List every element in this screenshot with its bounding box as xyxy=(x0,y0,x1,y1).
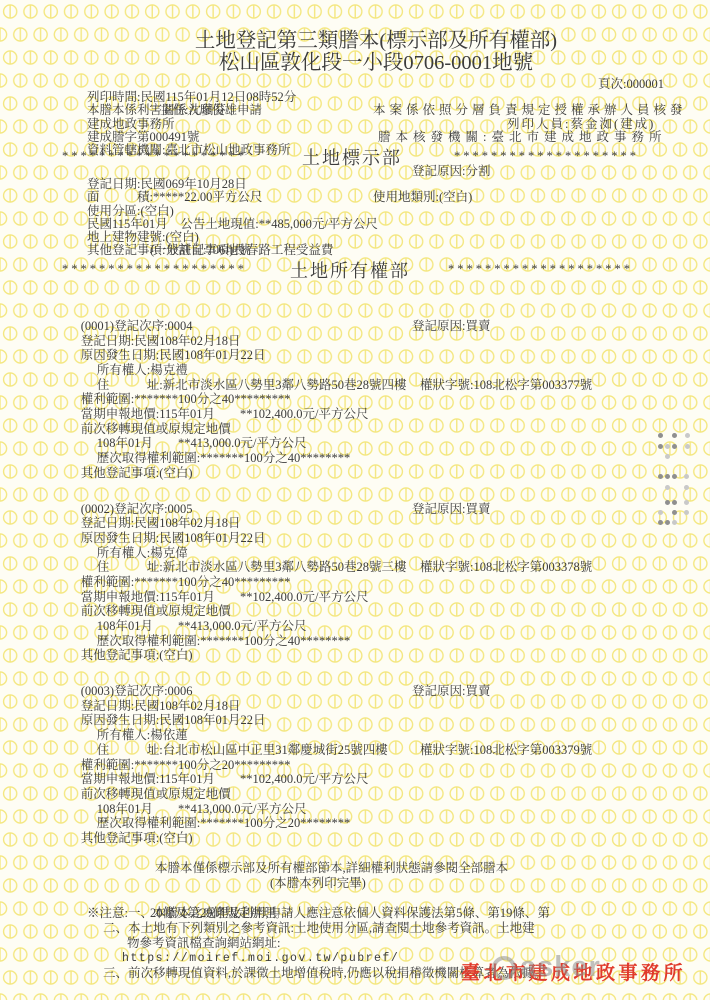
office-director: 主任:沈瑞芬 xyxy=(160,104,226,117)
land-general-note-line: (一般註記事項)長春路工程受益費 xyxy=(62,244,690,257)
stars-left: ******************** xyxy=(62,262,247,277)
owner-declared-value-line: 當期申報地價:115年01月 **102,400.0元/平方公尺 xyxy=(62,575,690,590)
owner-address-line: 住 址:台北市松山區中正里31鄰慶城街25號四樓 xyxy=(62,728,690,743)
owner-name-line: 所有權人:楊依蓮 xyxy=(62,713,690,728)
land-reg-date-line: 登記日期:民國069年10月28日 登記原因:分割 xyxy=(62,165,690,178)
document-subtitle: 松山區敦化段一小段0706-0001地號 xyxy=(62,52,690,74)
owner-reg-reason: 登記原因:買賣 xyxy=(412,319,490,334)
notice-1b: 20條及第29條規定辦理。 xyxy=(150,906,288,921)
office-line: 建成地政事務所 主任:沈瑞芬 本案係依照分層負責規定授權承辦人員核發 xyxy=(62,104,690,117)
owner-cause-date-line: 原因發生日期:民國108年01月22日 xyxy=(62,334,690,349)
owner-prev-label-line: 前次移轉現值或原規定地價 xyxy=(62,772,690,787)
owner-prev-label-line: 前次移轉現值或原規定地價 xyxy=(62,590,690,605)
owner-entry: (0001)登記次序:0004 登記日期:民國108年02月18日 登記原因:買… xyxy=(62,304,690,487)
owner-prev-label-line: 前次移轉現值或原規定地價 xyxy=(62,407,690,422)
reference-url: https://moiref.moi.gov.tw/pubref/ xyxy=(122,951,399,966)
printer-name: 列印人員:蔡金洳(建成) xyxy=(507,118,655,131)
stars-right: ******************** xyxy=(454,149,639,164)
print-end-line: (本謄本列印完畢) xyxy=(62,876,690,891)
notice-2b-line: 物參考資訊檔查詢網站網址: xyxy=(62,936,690,951)
owner-history-scope-line: 歷次取得權利範圍:*******100分之20******** xyxy=(62,802,690,817)
owner-reg-reason: 登記原因:買賣 xyxy=(412,684,490,699)
land-class: 使用地類別:(空白) xyxy=(373,191,472,204)
owner-prev-value-line: 108年01月 **413,000.0元/平方公尺 xyxy=(62,787,690,802)
notice-2a: 二、本土地有下列類別之參考資訊:土地使用分區,請查閱土地參考資訊。土地建 xyxy=(103,921,535,936)
owner-cert-no: 權狀字號:108北松字第003377號 xyxy=(420,378,592,393)
owner-scope-line: 權利範圍:*******100分之40********* 權狀字號:108北松字… xyxy=(62,378,690,393)
owner-cause-date-line: 原因發生日期:民國108年01月22日 xyxy=(62,516,690,531)
land-zoning-line: 使用分區:(空白) 使用地類別:(空白) xyxy=(62,191,690,204)
owner-cert-no: 權狀字號:108北松字第003378號 xyxy=(420,560,592,575)
owner-other: 其他登記事項:(空白) xyxy=(81,831,193,845)
authorize-note: 本案係依照分層負責規定授權承辦人員核發 xyxy=(373,104,687,117)
owner-other-line: 其他登記事項:(空白) xyxy=(62,634,690,649)
print-end-note: (本謄本列印完畢) xyxy=(270,876,366,891)
announced-value-line: 民國115年01月 公告土地現值:**485,000元/平方公尺 xyxy=(62,205,690,218)
stars-right: ******************** xyxy=(448,262,633,277)
owner-other-line: 其他登記事項:(空白) xyxy=(62,451,690,466)
site-watermark: asker xyxy=(492,951,601,984)
owner-reg-date-line: 登記日期:民國108年02月18日 登記原因:買賣 xyxy=(62,319,690,334)
owner-section-header: ******************** 土地所有權部 ************… xyxy=(62,257,690,278)
stars-left: ******************** xyxy=(62,149,247,164)
summary-note: 本謄本僅係標示部及所有權部節本,詳細權利狀態請參閱全部謄本 xyxy=(155,861,508,876)
building-no-line: 地上建物建號:(空白) xyxy=(62,218,690,231)
owner-scope-line: 權利範圍:*******100分之40********* 權狀字號:108北松字… xyxy=(62,560,690,575)
owner-cause-date-line: 原因發生日期:民國108年01月22日 xyxy=(62,699,690,714)
owner-other: 其他登記事項:(空白) xyxy=(81,648,193,662)
owner-reg-date-line: 登記日期:民國108年02月18日 登記原因:買賣 xyxy=(62,684,690,699)
owner-seq-line: (0002)登記次序:0005 xyxy=(62,487,690,502)
owner-scope-line: 權利範圍:*******100分之20********* 權狀字號:108北松字… xyxy=(62,743,690,758)
land-section-header: ******************** 土地標示部 *************… xyxy=(62,144,690,165)
owner-section-title: 土地所有權部 xyxy=(290,257,410,283)
document-title: 土地登記第三類謄本(標示部及所有權部) xyxy=(62,30,690,52)
header-meta: 列印時間:民國115年01月12日08時52分 頁次:000001 本謄本係利害… xyxy=(62,78,690,144)
notice-2a-line: 二、本土地有下列類別之參考資訊:土地使用分區,請查閱土地參考資訊。土地建 xyxy=(62,921,690,936)
owner-seq-line: (0001)登記次序:0004 xyxy=(62,304,690,319)
issue-authority: 謄本核發機關:臺北市建成地政事務所 xyxy=(378,131,666,144)
owner-name-line: 所有權人:楊克偉 xyxy=(62,531,690,546)
owner-reg-date-line: 登記日期:民國108年02月18日 登記原因:買賣 xyxy=(62,502,690,517)
summary-line: 本謄本僅係標示部及所有權部節本,詳細權利狀態請參閱全部謄本 xyxy=(62,861,690,876)
notice-2b: 物參考資訊檔查詢網站網址: xyxy=(127,936,280,951)
owner-name-line: 所有權人:楊克禮 xyxy=(62,348,690,363)
land-section-body: 登記日期:民國069年10月28日 登記原因:分割 面 積:*****22.00… xyxy=(62,165,690,257)
owner-reg-reason: 登記原因:買賣 xyxy=(412,502,490,517)
owner-prev-value-line: 108年01月 **413,000.0元/平方公尺 xyxy=(62,604,690,619)
land-registry-transcript-page: 土地登記第三類謄本(標示部及所有權部) 松山區敦化段一小段0706-0001地號… xyxy=(0,0,710,1000)
owner-prev-value-line: 108年01月 **413,000.0元/平方公尺 xyxy=(62,422,690,437)
owner-declared-value-line: 當期申報地價:115年01月 **102,400.0元/平方公尺 xyxy=(62,392,690,407)
owner-history-scope-line: 歷次取得權利範圍:*******100分之40******** xyxy=(62,619,690,634)
owner-entry: (0003)登記次序:0006 登記日期:民國108年02月18日 登記原因:買… xyxy=(62,669,690,852)
land-general-note: (一般註記事項)長春路工程受益費 xyxy=(150,244,333,257)
watermark-circle-icon xyxy=(492,956,516,980)
authority-line: 資料管轄機關:臺北市松山地政事務所 謄本核發機關:臺北市建成地政事務所 xyxy=(62,131,690,144)
notice-1b-line: 20條及第29條規定辦理。 xyxy=(62,906,690,921)
owner-seq-line: (0003)登記次序:0006 xyxy=(62,669,690,684)
watermark-text: asker xyxy=(520,951,601,984)
owner-history-scope-line: 歷次取得權利範圍:*******100分之40******** xyxy=(62,436,690,451)
print-time-line: 列印時間:民國115年01月12日08時52分 頁次:000001 xyxy=(62,78,690,91)
document-content: 土地登記第三類謄本(標示部及所有權部) 松山區敦化段一小段0706-0001地號… xyxy=(62,30,690,981)
owner-entries: (0001)登記次序:0004 登記日期:民國108年02月18日 登記原因:買… xyxy=(62,304,690,852)
owner-other-line: 其他登記事項:(空白) xyxy=(62,816,690,831)
owner-entry: (0002)登記次序:0005 登記日期:民國108年02月18日 登記原因:買… xyxy=(62,487,690,670)
owner-cert-no: 權狀字號:108北松字第003379號 xyxy=(420,743,592,758)
owner-other: 其他登記事項:(空白) xyxy=(81,466,193,480)
owner-address-line: 住 址:新北市淡水區八勢里3鄰八勢路50巷28號四樓 xyxy=(62,363,690,378)
owner-address-line: 住 址:新北市淡水區八勢里3鄰八勢路50巷28號三樓 xyxy=(62,546,690,561)
owner-declared-value-line: 當期申報地價:115年01月 **102,400.0元/平方公尺 xyxy=(62,758,690,773)
doc-no-line: 建成謄字第000491號 列印人員:蔡金洳(建成) xyxy=(62,118,690,131)
page-number: 頁次:000001 xyxy=(598,78,664,91)
notice-1a-line: ※注意:一、本謄本之處理及利用,申請人應注意依個人資料保護法第5條、第19條、第 xyxy=(62,891,690,906)
land-reg-reason: 登記原因:分割 xyxy=(412,165,490,178)
spacer xyxy=(62,852,690,861)
